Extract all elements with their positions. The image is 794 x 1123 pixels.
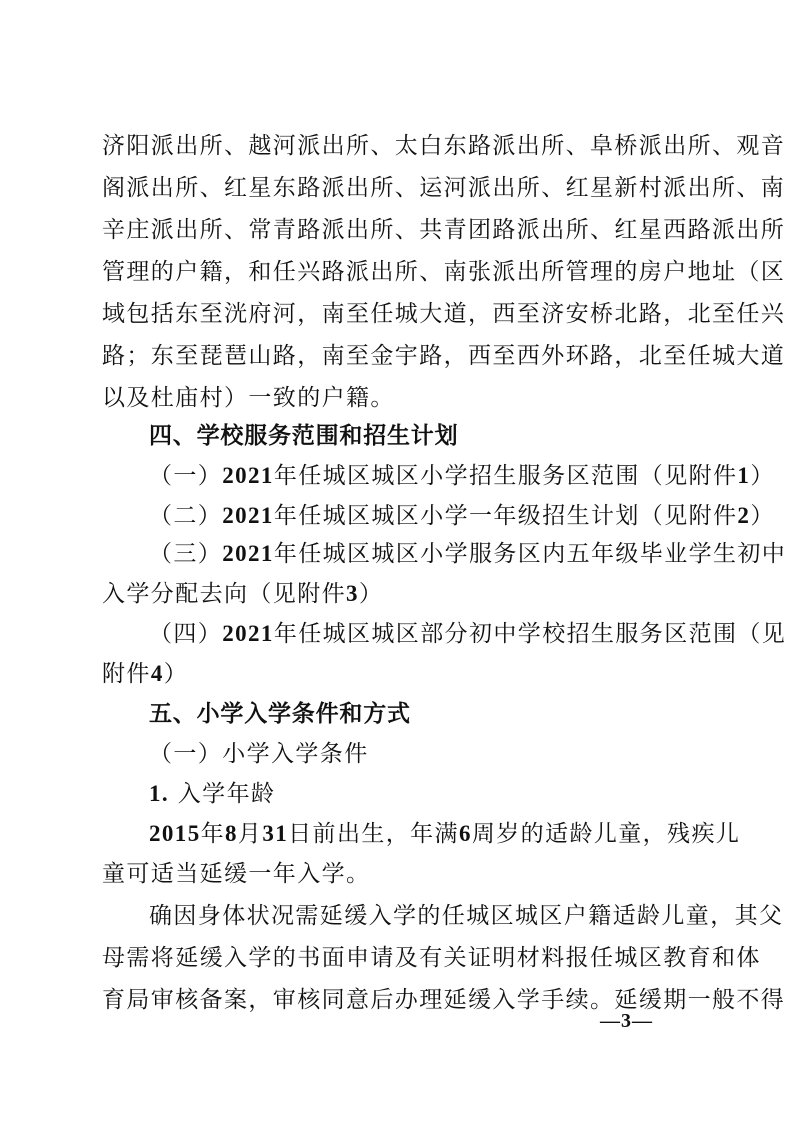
body-line: 济阳派出所、越河派出所、太白东路派出所、阜桥派出所、观音 [102, 132, 692, 160]
document-page: 济阳派出所、越河派出所、太白东路派出所、阜桥派出所、观音 阁派出所、红星东路派出… [0, 0, 794, 1123]
section-5-para-1: 2015年8月31日前出生，年满6周岁的适龄儿童，残疾儿 [149, 820, 692, 848]
section-4-item-1: （一）2021年任城区城区小学招生服务区范围（见附件1） [149, 462, 692, 490]
body-line: 路；东至琵琶山路，南至金宇路，西至西外环路，北至任城大道 [102, 342, 692, 370]
body-line: 辛庄派出所、常青路派出所、共青团路派出所、红星西路派出所 [102, 216, 692, 244]
body-line: 管理的户籍，和任兴路派出所、南张派出所管理的房户地址（区 [102, 258, 692, 286]
body-line: 以及杜庙村）一致的户籍。 [102, 384, 692, 412]
section-4-heading: 四、学校服务范围和招生计划 [149, 422, 692, 450]
section-5-para-1-cont: 童可适当延缓一年入学。 [102, 860, 692, 888]
section-5-heading: 五、小学入学条件和方式 [149, 700, 692, 728]
section-4-item-2: （二）2021年任城区城区小学一年级招生计划（见附件2） [149, 502, 692, 530]
section-4-item-3: （三）2021年任城区城区小学服务区内五年级毕业学生初中 [149, 540, 692, 568]
section-5-sub-1: （一）小学入学条件 [149, 740, 692, 768]
body-line: 阁派出所、红星东路派出所、运河派出所、红星新村派出所、南 [102, 174, 692, 202]
section-4-item-3-cont: 入学分配去向（见附件3） [102, 580, 692, 608]
section-5-item-1: 1. 入学年龄 [149, 780, 692, 808]
section-5-para-2-cont: 母需将延缓入学的书面申请及有关证明材料报任城区教育和体 [102, 944, 692, 972]
section-4-item-4: （四）2021年任城区城区部分初中学校招生服务区范围（见 [149, 620, 692, 648]
section-5-para-2: 确因身体状况需延缓入学的任城区城区户籍适龄儿童，其父 [149, 902, 692, 930]
section-4-item-4-cont: 附件4） [102, 660, 692, 688]
body-line: 域包括东至洸府河，南至任城大道，西至济安桥北路，北至任兴 [102, 300, 692, 328]
page-number: —3— [600, 1010, 653, 1033]
